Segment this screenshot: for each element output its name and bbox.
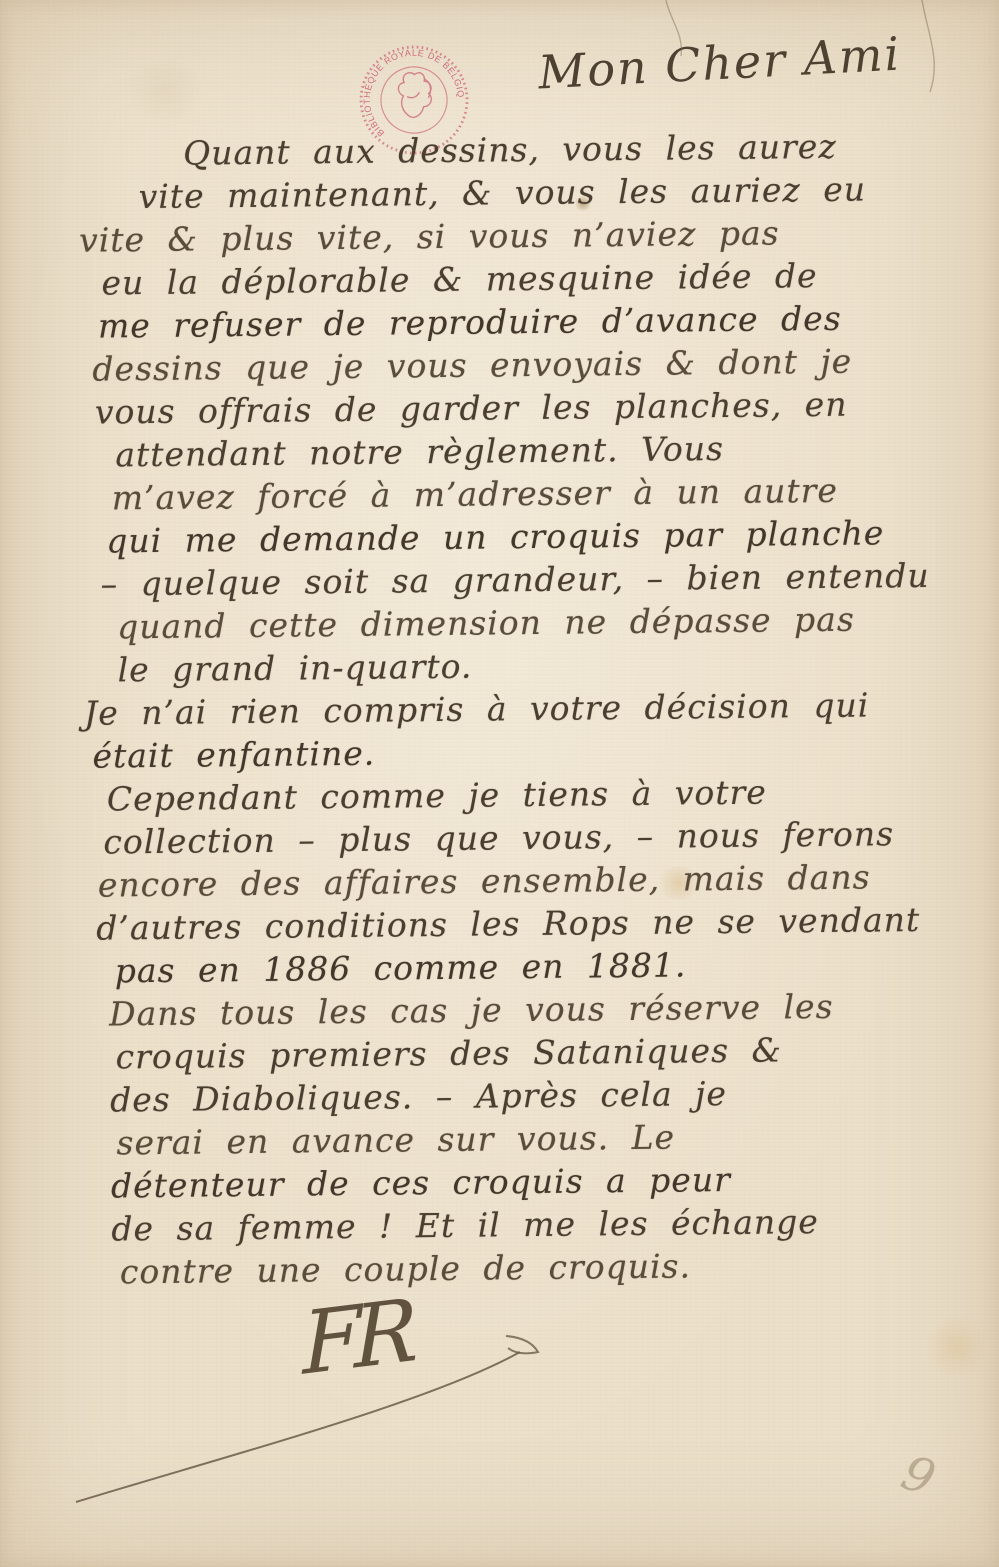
letter-line: quand cette dimension ne dépasse pas xyxy=(117,596,983,648)
signature-tail xyxy=(506,1336,538,1353)
salutation: Mon Cher Ami xyxy=(537,27,903,100)
signature-monogram: FR xyxy=(302,1281,411,1395)
letter-line: vite maintenant, & vous les auriez eu xyxy=(138,166,978,218)
paper-stain xyxy=(922,1318,992,1376)
pencil-mark: 9 xyxy=(894,1444,942,1507)
svg-text:BIBLIOTHÈQUE ROYALE DE BELGIQU: BIBLIOTHÈQUE ROYALE DE BELGIQUE ✱ xyxy=(327,13,470,148)
stamp-text: BIBLIOTHÈQUE ROYALE DE BELGIQUE ✱ xyxy=(327,13,470,148)
letter-page: BIBLIOTHÈQUE ROYALE DE BELGIQUE ✱ Mon Ch… xyxy=(0,0,999,1567)
lion-emblem-icon xyxy=(390,67,439,121)
signature-flourish xyxy=(76,1352,520,1502)
paper-stain xyxy=(120,60,210,120)
letter-body: Quant aux dessins, vous les aurezvite ma… xyxy=(78,123,990,1293)
letter-line: contre une couple de croquis. xyxy=(120,1241,990,1293)
paper-scratch xyxy=(922,0,934,92)
